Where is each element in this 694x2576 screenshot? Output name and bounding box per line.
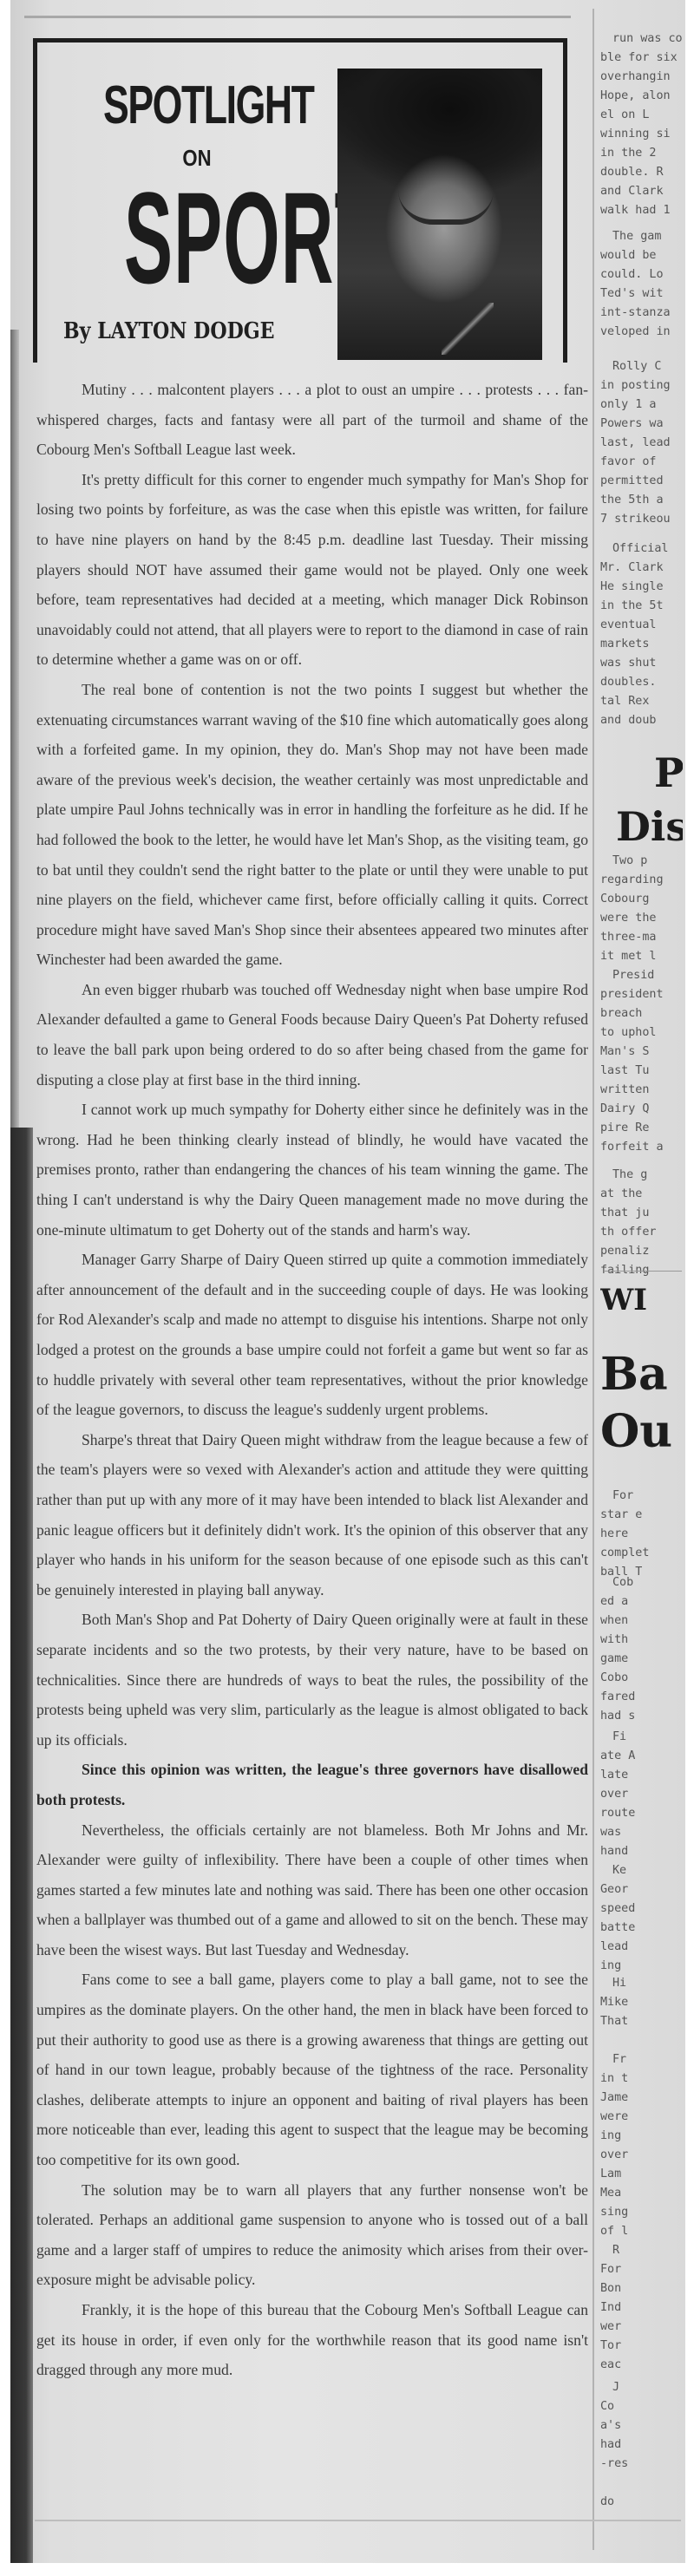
adjacent-text-line: tal Rex <box>600 692 683 711</box>
adjacent-text-line: were <box>600 2108 683 2127</box>
adjacent-text-line: when <box>600 1612 683 1631</box>
adjacent-text-line: lead <box>600 1938 683 1957</box>
adjacent-text-line: Fi <box>600 1728 683 1747</box>
adjacent-text-line: Ind <box>600 2298 683 2318</box>
adjacent-text-line: president <box>600 985 683 1004</box>
column-divider <box>593 9 594 2550</box>
photo-collar <box>442 303 494 355</box>
adjacent-text-line: three-ma <box>600 928 683 947</box>
adjacent-headline-fragment: Ou <box>600 1405 672 1458</box>
adjacent-text-block: Frin tJamewereingoverLamMeasingof l <box>600 2050 683 2241</box>
adjacent-text-line: was <box>600 1823 683 1842</box>
adjacent-text-line: J <box>600 2378 683 2397</box>
adjacent-text-line: Ted's wit <box>600 284 683 304</box>
adjacent-text-line: that ju <box>600 1204 683 1223</box>
adjacent-text-line: route <box>600 1804 683 1823</box>
adjacent-text-block: Two pregardingCobourgwere thethree-mait … <box>600 852 683 966</box>
adjacent-text-line <box>600 2474 683 2493</box>
adjacent-text-block: Fiate Alateoverroutewashand <box>600 1728 683 1861</box>
adjacent-text-line: He single <box>600 578 683 597</box>
adjacent-text-line: 7 strikeou <box>600 510 683 529</box>
adjacent-text-line: Geor <box>600 1880 683 1899</box>
article-paragraph: Since this opinion was written, the leag… <box>36 1755 588 1814</box>
adjacent-text-line: For <box>600 2260 683 2279</box>
adjacent-rule <box>604 1271 682 1272</box>
adjacent-text-line: run was co <box>600 29 683 49</box>
adjacent-text-line: markets <box>600 635 683 654</box>
adjacent-text-line: walk had 1 <box>600 201 683 220</box>
adjacent-text-line: Mr. Clark <box>600 559 683 578</box>
adjacent-text-line: Dairy Q <box>600 1100 683 1119</box>
adjacent-text-line: el on L <box>600 106 683 125</box>
adjacent-text-block: HiMikeThat <box>600 1974 683 2031</box>
adjacent-text-line: last, lead <box>600 434 683 453</box>
adjacent-text-line: over <box>600 1785 683 1804</box>
adjacent-text-line: double. R <box>600 163 683 182</box>
article-paragraph: An even bigger rhubarb was touched off W… <box>36 975 588 1095</box>
adjacent-text-line: favor of <box>600 453 683 472</box>
adjacent-text-line: Cobourg <box>600 890 683 909</box>
adjacent-text-line: star e <box>600 1506 683 1525</box>
adjacent-text-line: it met l <box>600 947 683 966</box>
article-paragraph: Both Man's Shop and Pat Doherty of Dairy… <box>36 1605 588 1755</box>
adjacent-text-line: Cob <box>600 1573 683 1592</box>
adjacent-text-line: here <box>600 1525 683 1544</box>
adjacent-headline-fragment: Dis <box>616 803 683 850</box>
adjacent-text-line: regarding <box>600 871 683 890</box>
adjacent-text-block: RForBonIndwerToreac <box>600 2241 683 2375</box>
adjacent-text-line: Ke <box>600 1861 683 1880</box>
scan-binding-edge <box>10 1128 33 2563</box>
adjacent-text-block: run was coble for sixoverhanginHope, alo… <box>600 29 683 220</box>
adjacent-headline-fragment: WI <box>600 1283 647 1317</box>
adjacent-text-line: in the 2 <box>600 144 683 163</box>
adjacent-text-line: penaliz <box>600 1242 683 1261</box>
adjacent-text-line: hand <box>600 1842 683 1861</box>
photo-smile-shade <box>398 190 494 225</box>
adjacent-text-line: veloped in <box>600 323 683 342</box>
adjacent-text-line: Presid <box>600 966 683 985</box>
adjacent-column: run was coble for sixoverhanginHope, alo… <box>600 12 683 2519</box>
adjacent-text-line: th offer <box>600 1223 683 1242</box>
article-paragraph: Manager Garry Sharpe of Dairy Queen stir… <box>36 1245 588 1425</box>
article-paragraph: It's pretty difficult for this corner to… <box>36 465 588 675</box>
adjacent-text-line: For <box>600 1487 683 1506</box>
article-paragraph: The solution may be to warn all players … <box>36 2175 588 2295</box>
top-rule <box>24 16 571 18</box>
adjacent-text-line: the 5th a <box>600 491 683 510</box>
adjacent-text-line: Mea <box>600 2184 683 2203</box>
adjacent-text-line: Man's S <box>600 1043 683 1062</box>
adjacent-text-line: Tor <box>600 2337 683 2356</box>
adjacent-text-line: -res <box>600 2455 683 2474</box>
adjacent-text-line: Hope, alon <box>600 87 683 106</box>
adjacent-text-line: Bon <box>600 2279 683 2298</box>
adjacent-text-block: Forstar eherecompletball T <box>600 1487 683 1582</box>
adjacent-text-line: forfeit a <box>600 1138 683 1157</box>
adjacent-text-line: written <box>600 1081 683 1100</box>
adjacent-text-line: were the <box>600 909 683 928</box>
adjacent-text-line: over <box>600 2146 683 2165</box>
adjacent-text-line: Rolly C <box>600 357 683 376</box>
adjacent-text-line: would be <box>600 246 683 265</box>
adjacent-text-line: had s <box>600 1707 683 1726</box>
adjacent-text-block: OfficialMr. ClarkHe singlein the 5tevent… <box>600 539 683 730</box>
adjacent-text-line: do <box>600 2493 683 2512</box>
adjacent-text-line: had <box>600 2435 683 2455</box>
article-paragraph: Nevertheless, the officials certainly ar… <box>36 1815 588 1965</box>
adjacent-text-line: Lam <box>600 2165 683 2184</box>
article-paragraph: Sharpe's threat that Dairy Queen might w… <box>36 1425 588 1605</box>
adjacent-headline-fragment: Ba <box>600 1348 668 1401</box>
adjacent-text-line: to uphol <box>600 1023 683 1043</box>
article-body: Mutiny . . . malcontent players . . . a … <box>36 375 588 2385</box>
adjacent-text-line: ed a <box>600 1592 683 1612</box>
article-paragraph: Mutiny . . . malcontent players . . . a … <box>36 375 588 465</box>
adjacent-text-line: at the <box>600 1185 683 1204</box>
article-paragraph: Frankly, it is the hope of this bureau t… <box>36 2295 588 2385</box>
adjacent-text-line: Jame <box>600 2089 683 2108</box>
adjacent-text-line: a's <box>600 2416 683 2435</box>
scan-edge-shadow <box>10 330 19 1128</box>
adjacent-text-line: int-stanza <box>600 304 683 323</box>
adjacent-text-line: The g <box>600 1166 683 1185</box>
adjacent-text-line: winning si <box>600 125 683 144</box>
adjacent-text-line: in the 5t <box>600 597 683 616</box>
adjacent-text-line: Co <box>600 2397 683 2416</box>
adjacent-text-line: Two p <box>600 852 683 871</box>
adjacent-text-line: of l <box>600 2222 683 2241</box>
adjacent-text-line: That <box>600 2012 683 2031</box>
adjacent-text-line: ing <box>600 2127 683 2146</box>
adjacent-text-block: Rolly Cin postingonly 1 aPowers walast, … <box>600 357 683 529</box>
adjacent-text-line: Fr <box>600 2050 683 2069</box>
column-header-box: SPOTLIGHT ON SPORTS By LAYTON DODGE <box>33 38 567 363</box>
adjacent-text-line: in posting <box>600 376 683 396</box>
columnist-photo <box>337 69 542 360</box>
adjacent-text-line: fared <box>600 1688 683 1707</box>
adjacent-text-line: Powers wa <box>600 415 683 434</box>
adjacent-text-line: game <box>600 1650 683 1669</box>
bottom-rule <box>35 2520 681 2521</box>
adjacent-text-line: and Clark <box>600 182 683 201</box>
adjacent-text-line: ing <box>600 1957 683 1976</box>
adjacent-text-line: and doub <box>600 711 683 730</box>
adjacent-text-line: doubles. <box>600 673 683 692</box>
adjacent-headline-fragment: P <box>654 749 683 796</box>
adjacent-text-block: The gat thethat juth offerpenalizfailing <box>600 1166 683 1280</box>
adjacent-text-line: Cobo <box>600 1669 683 1688</box>
adjacent-text-line: ate A <box>600 1747 683 1766</box>
column-title: SPOTLIGHT ON SPORTS <box>67 75 327 303</box>
adjacent-text-line: late <box>600 1766 683 1785</box>
adjacent-text-line: Mike <box>600 1993 683 2012</box>
adjacent-text-line: could. Lo <box>600 265 683 284</box>
article-paragraph: Fans come to see a ball game, players co… <box>36 1965 588 2174</box>
adjacent-text-line: The gam <box>600 227 683 246</box>
adjacent-text-line: sing <box>600 2203 683 2222</box>
adjacent-text-block: JCoa'shad-resdo <box>600 2378 683 2512</box>
adjacent-text-line: wer <box>600 2318 683 2337</box>
article-paragraph: I cannot work up much sympathy for Doher… <box>36 1095 588 1245</box>
byline: By LAYTON DODGE <box>63 318 292 344</box>
adjacent-text-block: Cobed awhenwithgameCobofaredhad s <box>600 1573 683 1726</box>
adjacent-text-line: pire Re <box>600 1119 683 1138</box>
adjacent-text-line: eventual <box>600 616 683 635</box>
adjacent-text-line: speed <box>600 1899 683 1919</box>
adjacent-text-line: ble for six <box>600 49 683 68</box>
adjacent-text-line: with <box>600 1631 683 1650</box>
adjacent-text-line: batte <box>600 1919 683 1938</box>
adjacent-text-line: overhangin <box>600 68 683 87</box>
adjacent-text-line: only 1 a <box>600 396 683 415</box>
adjacent-text-line: complet <box>600 1544 683 1563</box>
adjacent-text-line: Hi <box>600 1974 683 1993</box>
adjacent-text-line: eac <box>600 2356 683 2375</box>
adjacent-text-line: Official <box>600 539 683 559</box>
adjacent-text-block: Presidpresidentbreachto upholMan's Slast… <box>600 966 683 1157</box>
adjacent-text-block: KeGeorspeedbatteleading <box>600 1861 683 1976</box>
adjacent-text-line: breach <box>600 1004 683 1023</box>
adjacent-text-line: in t <box>600 2069 683 2089</box>
article-paragraph: The real bone of contention is not the t… <box>36 675 588 975</box>
adjacent-text-line: was shut <box>600 654 683 673</box>
title-sports: SPORTS <box>124 173 270 303</box>
adjacent-text-line: permitted <box>600 472 683 491</box>
adjacent-text-line: R <box>600 2241 683 2260</box>
title-spotlight: SPOTLIGHT <box>103 75 291 136</box>
adjacent-text-line: last Tu <box>600 1062 683 1081</box>
adjacent-text-block: The gamwould becould. LoTed's witint-sta… <box>600 227 683 342</box>
